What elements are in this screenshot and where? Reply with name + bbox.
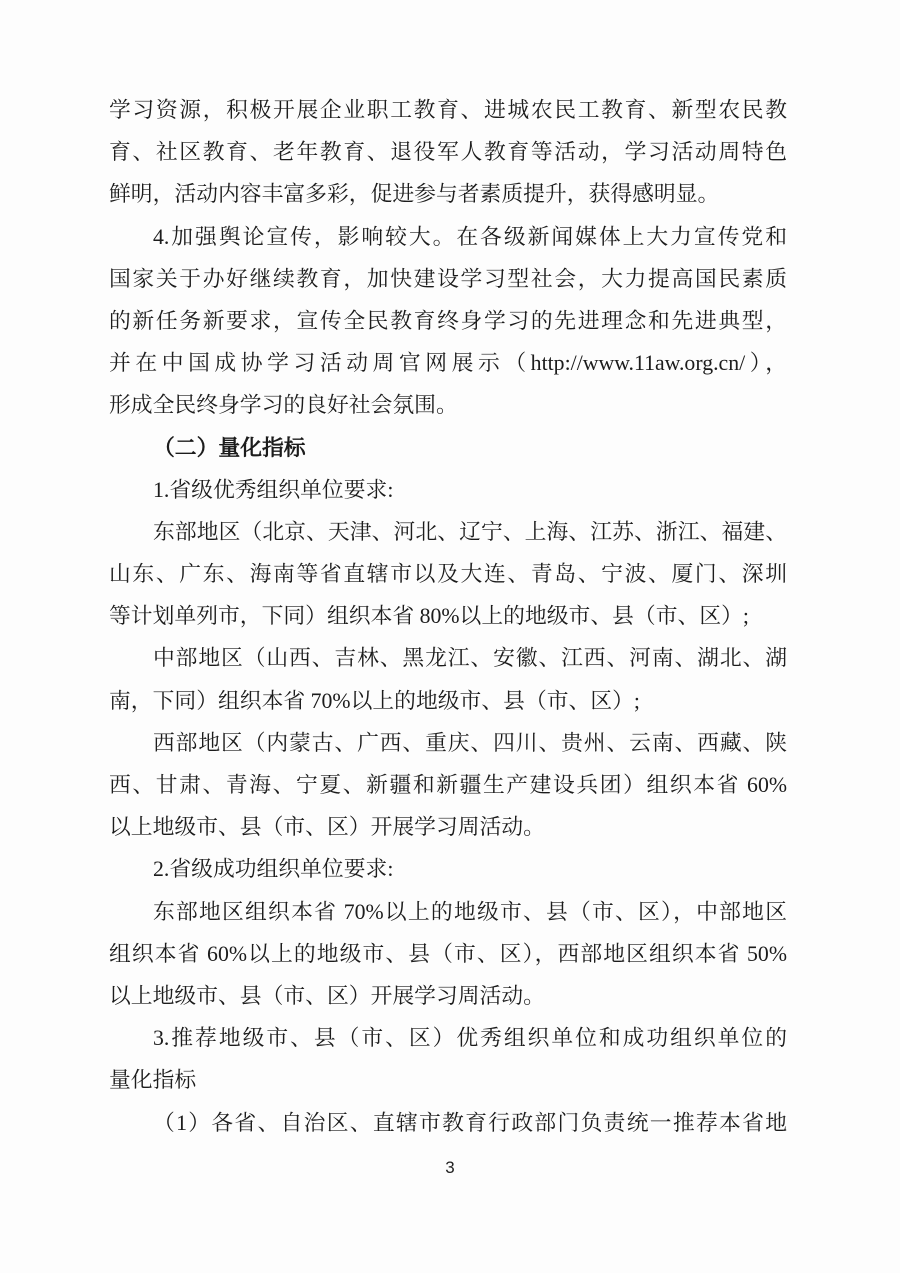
text-line: 形成全民终身学习的良好社会氛围。 bbox=[109, 384, 787, 426]
page-number: 3 bbox=[0, 1158, 900, 1178]
text-line: 组织本省 60%以上的地级市、县（市、区），西部地区组织本省 50% bbox=[109, 933, 787, 975]
text-line: 国家关于办好继续教育，加快建设学习型社会，大力提高国民素质 bbox=[109, 258, 787, 300]
text-line: 东部地区（北京、天津、河北、辽宁、上海、江苏、浙江、福建、 bbox=[109, 511, 787, 553]
text-line: 西、甘肃、青海、宁夏、新疆和新疆生产建设兵团）组织本省 60% bbox=[109, 764, 787, 806]
text-line: 西部地区（内蒙古、广西、重庆、四川、贵州、云南、西藏、陕 bbox=[109, 722, 787, 764]
text-line: 中部地区（山西、吉林、黑龙江、安徽、江西、河南、湖北、湖 bbox=[109, 637, 787, 679]
text-line: 以上地级市、县（市、区）开展学习周活动。 bbox=[109, 975, 787, 1017]
text-line: 育、社区教育、老年教育、退役军人教育等活动，学习活动周特色 bbox=[109, 131, 787, 173]
text-line: 以上地级市、县（市、区）开展学习周活动。 bbox=[109, 806, 787, 848]
text-line: 东部地区组织本省 70%以上的地级市、县（市、区），中部地区 bbox=[109, 891, 787, 933]
text-line: 的新任务新要求，宣传全民教育终身学习的先进理念和先进典型， bbox=[109, 300, 787, 342]
page-body: 学习资源，积极开展企业职工教育、进城农民工教育、新型农民教育、社区教育、老年教育… bbox=[109, 89, 787, 1144]
text-line: （1）各省、自治区、直辖市教育行政部门负责统一推荐本省地 bbox=[109, 1102, 787, 1144]
text-line: 3.推荐地级市、县（市、区）优秀组织单位和成功组织单位的 bbox=[109, 1017, 787, 1059]
text-line: 鲜明，活动内容丰富多彩，促进参与者素质提升，获得感明显。 bbox=[109, 173, 787, 215]
text-line: 1.省级优秀组织单位要求: bbox=[109, 469, 787, 511]
text-line: 等计划单列市，下同）组织本省 80%以上的地级市、县（市、区）; bbox=[109, 595, 787, 637]
text-line: 4.加强舆论宣传，影响较大。在各级新闻媒体上大力宣传党和 bbox=[109, 216, 787, 258]
text-line: 山东、广东、海南等省直辖市以及大连、青岛、宁波、厦门、深圳 bbox=[109, 553, 787, 595]
text-line: 2.省级成功组织单位要求: bbox=[109, 848, 787, 890]
text-line: 南，下同）组织本省 70%以上的地级市、县（市、区）; bbox=[109, 680, 787, 722]
text-line: 并在中国成协学习活动周官网展示（http://www.11aw.org.cn/）… bbox=[109, 342, 787, 384]
text-line: （二）量化指标 bbox=[109, 427, 787, 469]
document-page: 学习资源，积极开展企业职工教育、进城农民工教育、新型农民教育、社区教育、老年教育… bbox=[0, 0, 900, 1273]
text-line: 量化指标 bbox=[109, 1059, 787, 1101]
text-line: 学习资源，积极开展企业职工教育、进城农民工教育、新型农民教 bbox=[109, 89, 787, 131]
